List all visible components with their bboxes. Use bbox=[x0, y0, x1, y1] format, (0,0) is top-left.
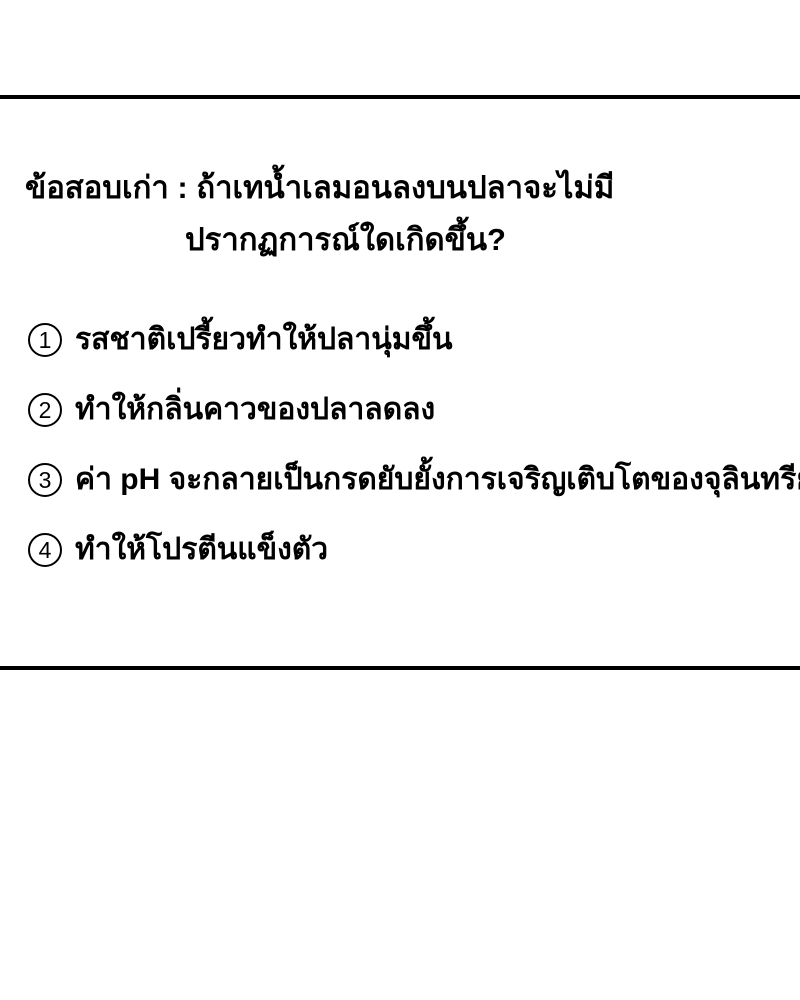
option-3-circled-number: 3 bbox=[28, 463, 62, 497]
answer-option-3: 3 ค่า pH จะกลายเป็นกรดยับยั้งการเจริญเติ… bbox=[28, 458, 788, 502]
option-4-label: ทำให้โปรตีนแข็งตัว bbox=[75, 528, 328, 572]
option-1-circled-number: 1 bbox=[28, 323, 62, 357]
bottom-divider bbox=[0, 666, 800, 670]
question-text-line2: ปรากฏการณ์ใดเกิดขึ้น? bbox=[25, 214, 775, 266]
top-divider bbox=[0, 95, 800, 99]
answer-option-2: 2 ทำให้กลิ่นคาวของปลาลดลง bbox=[28, 388, 788, 432]
option-2-circled-number: 2 bbox=[28, 393, 62, 427]
answer-option-4: 4 ทำให้โปรตีนแข็งตัว bbox=[28, 528, 788, 572]
option-3-label: ค่า pH จะกลายเป็นกรดยับยั้งการเจริญเติบโ… bbox=[75, 458, 800, 502]
answer-option-1: 1 รสชาติเปรี้ยวทำให้ปลานุ่มขึ้น bbox=[28, 318, 788, 362]
question-block: ข้อสอบเก่า : ถ้าเทน้ำเลมอนลงบนปลาจะไม่มี… bbox=[25, 162, 775, 266]
option-2-label: ทำให้กลิ่นคาวของปลาลดลง bbox=[75, 388, 435, 432]
option-4-circled-number: 4 bbox=[28, 533, 62, 567]
answer-options-list: 1 รสชาติเปรี้ยวทำให้ปลานุ่มขึ้น 2 ทำให้ก… bbox=[28, 318, 788, 598]
option-1-label: รสชาติเปรี้ยวทำให้ปลานุ่มขึ้น bbox=[75, 318, 453, 362]
question-text-line1: ข้อสอบเก่า : ถ้าเทน้ำเลมอนลงบนปลาจะไม่มี bbox=[25, 162, 775, 214]
